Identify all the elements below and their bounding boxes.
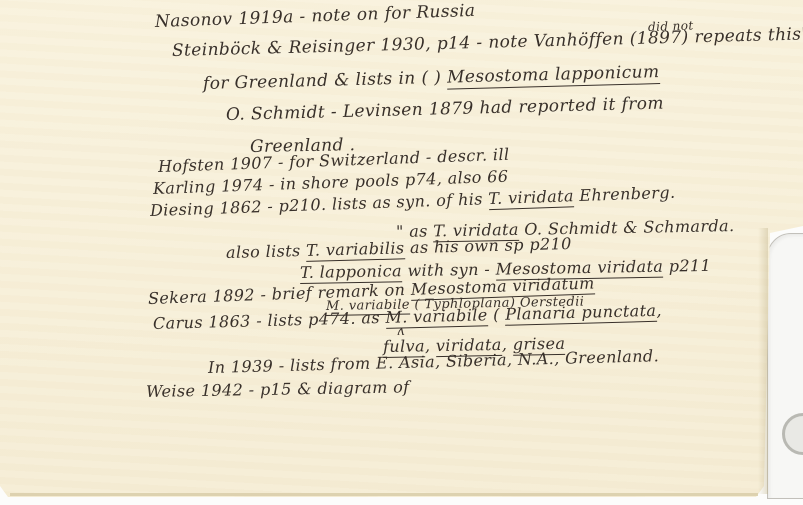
handwriting-segment: M. variabile (385, 305, 488, 329)
card-bottom-edge (10, 493, 758, 496)
handwriting-segment: also lists (226, 241, 307, 262)
handwriting-segment: did not (648, 18, 694, 34)
card-edge-shadow (758, 228, 768, 494)
handwriting-segment: , (656, 301, 662, 320)
card-behind (767, 233, 803, 499)
handwriting-segment: Ehrenberg. (574, 183, 676, 206)
handwriting-segment: T. variabilis (306, 238, 405, 262)
handwriting-segment: p211 (663, 256, 711, 276)
handwriting-segment: ( (487, 305, 505, 324)
handwriting-segment: Planaria punctata (505, 301, 657, 326)
scanned-index-card-page: Nasonov 1919a - note on for RussiaSteinb… (0, 0, 803, 505)
handwriting-segment: T. viridata (488, 186, 574, 210)
handwriting-line: did not (648, 18, 694, 34)
